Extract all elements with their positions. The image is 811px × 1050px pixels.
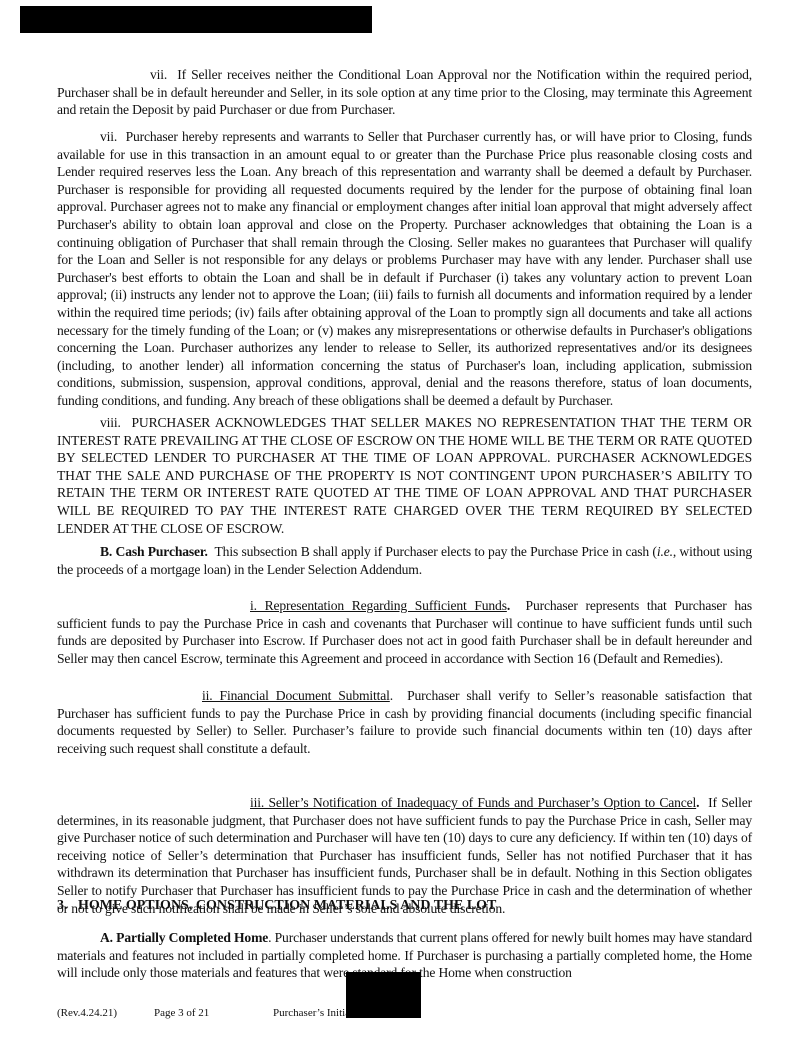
paragraph-text: Purchaser hereby represents and warrants…	[57, 129, 752, 408]
section-text-italic: i.e.	[657, 544, 673, 559]
redacted-header-block	[20, 6, 372, 33]
section-3-heading: 3. HOME OPTIONS, CONSTRUCTION MATERIALS …	[57, 898, 496, 914]
paragraph-label: viii.	[100, 415, 121, 430]
subsection-title-punct: .	[390, 688, 393, 703]
subsection-title: iii. Seller’s Notification of Inadequacy…	[250, 795, 696, 810]
footer-revision: (Rev.4.24.21)	[57, 1007, 117, 1019]
section-text: This subsection B shall apply if Purchas…	[215, 544, 657, 559]
section-title: B. Cash Purchaser.	[100, 544, 208, 559]
subsection-title-punct: .	[507, 598, 510, 613]
paragraph-vii-purchaser-funds: vii. Purchaser hereby represents and war…	[57, 128, 752, 410]
section-b-cash-purchaser: B. Cash Purchaser. This subsection B sha…	[57, 543, 752, 578]
paragraph-label: vii.	[100, 129, 117, 144]
redacted-initials-block	[346, 972, 421, 1018]
subsection-title: ii. Financial Document Submittal	[202, 688, 390, 703]
subsection-title-punct: .	[696, 795, 699, 810]
section-b-ii-financial-document-submittal: ii. Financial Document Submittal. Purcha…	[57, 687, 752, 757]
subsection-text: Purchaser shall verify to Seller’s reaso…	[57, 688, 752, 756]
paragraph-vii-loan-approval: vii. If Seller receives neither the Cond…	[57, 66, 752, 119]
subsection-title: A. Partially Completed Home	[100, 930, 268, 945]
footer-purchaser-initials-label: Purchaser’s Initia	[273, 1007, 350, 1019]
footer-page-number: Page 3 of 21	[154, 1007, 209, 1019]
paragraph-label: vii.	[150, 67, 167, 82]
paragraph-text: PURCHASER ACKNOWLEDGES THAT SELLER MAKES…	[57, 415, 752, 536]
paragraph-viii-interest-rate: viii. PURCHASER ACKNOWLEDGES THAT SELLER…	[57, 414, 752, 537]
subsection-title-punct: .	[268, 930, 271, 945]
section-b-i-sufficient-funds: i. Representation Regarding Sufficient F…	[57, 597, 752, 667]
subsection-title: i. Representation Regarding Sufficient F…	[250, 598, 507, 613]
